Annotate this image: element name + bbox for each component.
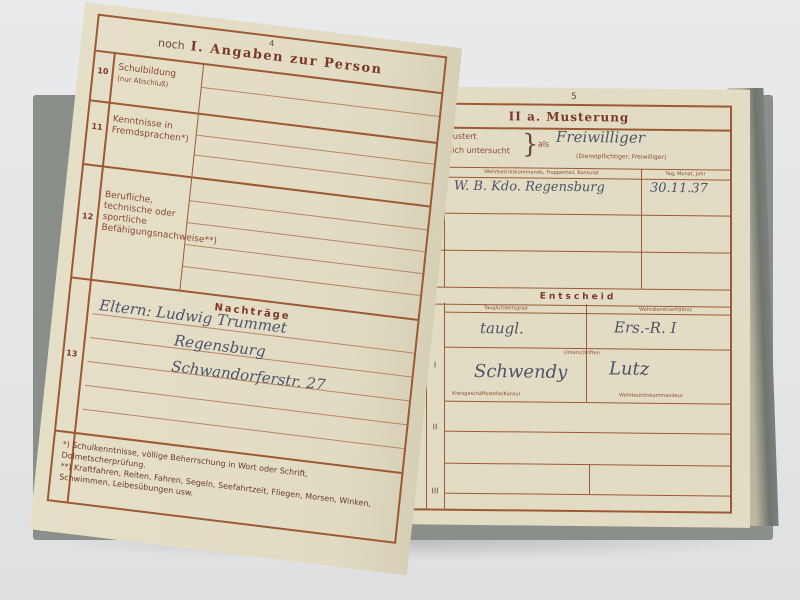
col-header-tauglichkeit: Tauglichkeitsgrad — [484, 305, 528, 311]
office-value: W. B. Kdo. Regensburg — [454, 179, 605, 196]
row-label: Schulbildung(nur Abschluß) — [117, 63, 199, 95]
row-number: 11 — [90, 122, 105, 133]
col-header-office: Wehrbezirkskommando, Truppenteil, Konsul… — [444, 169, 639, 177]
verhaeltnis-value: Ers.-R. I — [614, 318, 676, 337]
signature-right: Lutz — [609, 358, 649, 379]
gemustert-options-hint: (Dienstpflichtiger, Freiwilliger) — [576, 153, 666, 161]
unterschriften-label: Unterschriften — [564, 350, 600, 356]
gemustert-row: Gemustert Ärztlich untersucht } als Frei… — [426, 126, 730, 170]
table-row: I W. B. Kdo. Regensburg 30.11.37 — [426, 176, 730, 216]
als-label: als — [538, 140, 549, 149]
table-row: II — [426, 213, 730, 253]
entscheid-table: 14 Tauglichkeitsgrad Wehrdienstverhältni… — [426, 302, 730, 511]
col-header-verhaeltnis: Wehrdienstverhältnis — [639, 307, 692, 314]
row-number: 13 — [66, 348, 78, 358]
handwritten-line: Regensburg — [173, 331, 266, 360]
musterung-table: Wehrbezirkskommando, Truppenteil, Konsul… — [426, 166, 730, 289]
signature-right-caption: Wehrbezirkskommandeur — [619, 392, 683, 399]
col-header-date: Tag, Monat, Jahr — [641, 171, 730, 178]
date-value: 30.11.37 — [650, 181, 708, 197]
form-frame: 4 nochI. Angaben zur Person 10 Schulbild… — [47, 14, 448, 544]
tauglichkeit-value: taugl. — [480, 319, 524, 337]
form-frame: II a. Musterung Gemustert Ärztlich unter… — [406, 102, 732, 513]
signature-left-caption: Kreisgeschäftsstelle/Konsul — [452, 391, 520, 398]
row-number: III — [428, 486, 442, 495]
row-number: 12 — [80, 211, 95, 222]
table-row: III — [426, 250, 730, 289]
left-page: 4 nochI. Angaben zur Person 10 Schulbild… — [30, 2, 463, 575]
row-number: I — [428, 360, 442, 369]
title-prefix: noch — [157, 36, 185, 52]
row-label: Berufliche, technische oder sportliche B… — [101, 190, 185, 244]
brace-icon: } — [522, 129, 539, 159]
row-number: II — [428, 422, 442, 431]
row-label: Kenntnisse in Fremdsprachen*) — [111, 114, 193, 146]
signature-left: Schwendy — [474, 361, 567, 383]
row-number: 10 — [95, 66, 110, 77]
gemustert-value: Freiwilliger — [556, 128, 645, 147]
